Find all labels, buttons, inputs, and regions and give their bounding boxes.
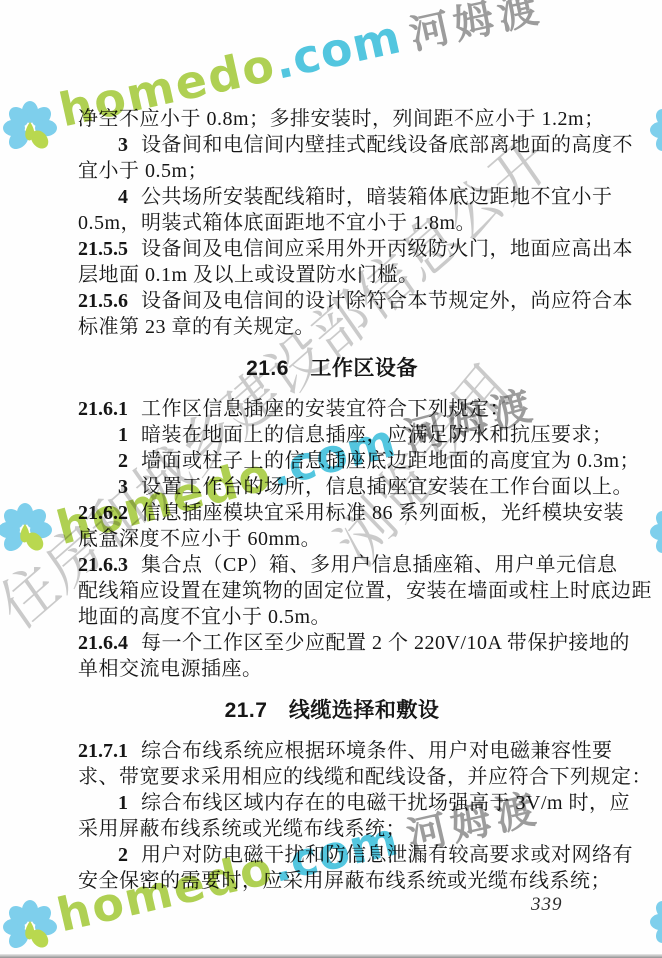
- clause-number: 2: [118, 450, 128, 472]
- line-text: 每一个工作区至少应配置 2 个 220V/10A 带保护接地的: [141, 632, 630, 654]
- clause-number: 3: [118, 134, 128, 156]
- page-number: 339: [531, 894, 563, 916]
- line-text: 21.7 线缆选择和敷设: [225, 699, 440, 722]
- clause-number: 21.6.4: [78, 632, 128, 654]
- clause-number: 1: [118, 424, 128, 446]
- line-text: 宜小于 0.5m；: [78, 160, 208, 182]
- line-text: 层地面 0.1m 及以上或设置防水门槛。: [78, 264, 419, 286]
- homedo-flower-icon: [0, 500, 55, 560]
- line-text: 设备间及电信间的设计除符合本节规定外，尚应符合本: [141, 290, 633, 312]
- homedo-flower-icon: [647, 892, 662, 952]
- document-page: 住房和城乡建设部信息公开 浏览专用 净空不应小于 0.8m；多排安装时，列间距不…: [0, 0, 662, 958]
- homedo-flower-icon: [647, 502, 662, 562]
- clause-number: 21.6.3: [78, 554, 128, 576]
- text-line: 21.7.1综合布线系统应根据环境条件、用户对电磁兼容性要: [78, 738, 586, 764]
- text-line: 宜小于 0.5m；: [78, 158, 586, 184]
- line-text: 集合点（CP）箱、多用户信息插座箱、用户单元信息: [141, 554, 617, 576]
- text-line: 21.6.3集合点（CP）箱、多用户信息插座箱、用户单元信息: [78, 552, 586, 578]
- text-line: 配线箱应设置在建筑物的固定位置，安装在墙面或柱上时底边距: [78, 578, 586, 604]
- line-text: 求、带宽要求采用相应的线缆和配线设备，并应符合下列规定：: [78, 766, 652, 788]
- text-line: 地面的高度不宜小于 0.5m。: [78, 604, 586, 630]
- page-bottom-shadow: [0, 954, 662, 958]
- text-line: 标准第 23 章的有关规定。: [78, 314, 586, 340]
- clause-number: 21.5.6: [78, 290, 128, 312]
- section-heading: 21.7 线缆选择和敷设: [78, 698, 586, 724]
- text-line: 4公共场所安装配线箱时，暗装箱体底边距地不宜小于: [78, 184, 586, 210]
- clause-number: 21.5.5: [78, 238, 128, 260]
- clause-number: 2: [118, 844, 128, 866]
- text-line: 单相交流电源插座。: [78, 656, 586, 682]
- homedo-flower-icon: [0, 98, 60, 158]
- line-text: 标准第 23 章的有关规定。: [78, 316, 315, 338]
- clause-number: 1: [118, 792, 128, 814]
- text-line: 21.5.5设备间及电信间应采用外开丙级防火门，地面应高出本: [78, 236, 586, 262]
- text-line: 21.6.4每一个工作区至少应配置 2 个 220V/10A 带保护接地的: [78, 630, 586, 656]
- text-line: 层地面 0.1m 及以上或设置防水门槛。: [78, 262, 586, 288]
- line-text: 21.6 工作区设备: [246, 357, 418, 380]
- text-line: 0.5m，明装式箱体底面距地不宜小于 1.8m。: [78, 210, 586, 236]
- text-line: 21.5.6设备间及电信间的设计除符合本节规定外，尚应符合本: [78, 288, 586, 314]
- line-text: 0.5m，明装式箱体底面距地不宜小于 1.8m。: [78, 212, 476, 234]
- line-text: 地面的高度不宜小于 0.5m。: [78, 606, 331, 628]
- line-text: 配线箱应设置在建筑物的固定位置，安装在墙面或柱上时底边距: [78, 580, 652, 602]
- text-line: 3设备间和电信间内壁挂式配线设备底部离地面的高度不: [78, 132, 586, 158]
- hemudu-wordmark: 河姆渡: [406, 0, 547, 58]
- line-text: 设备间及电信间应采用外开丙级防火门，地面应高出本: [141, 238, 633, 260]
- line-text: 单相交流电源插座。: [78, 658, 263, 680]
- line-text: 公共场所安装配线箱时，暗装箱体底边距地不宜小于: [141, 186, 613, 208]
- homedo-flower-icon: [0, 897, 60, 957]
- clause-number: 21.6.1: [78, 398, 128, 420]
- line-text: 设备间和电信间内壁挂式配线设备底部离地面的高度不: [141, 134, 633, 156]
- clause-number: 4: [118, 186, 128, 208]
- homedo-domain-suffix: .com: [269, 9, 406, 89]
- line-text: 综合布线系统应根据环境条件、用户对电磁兼容性要: [141, 740, 613, 762]
- homedo-flower-icon: [647, 100, 662, 160]
- clause-number: 21.7.1: [78, 740, 128, 762]
